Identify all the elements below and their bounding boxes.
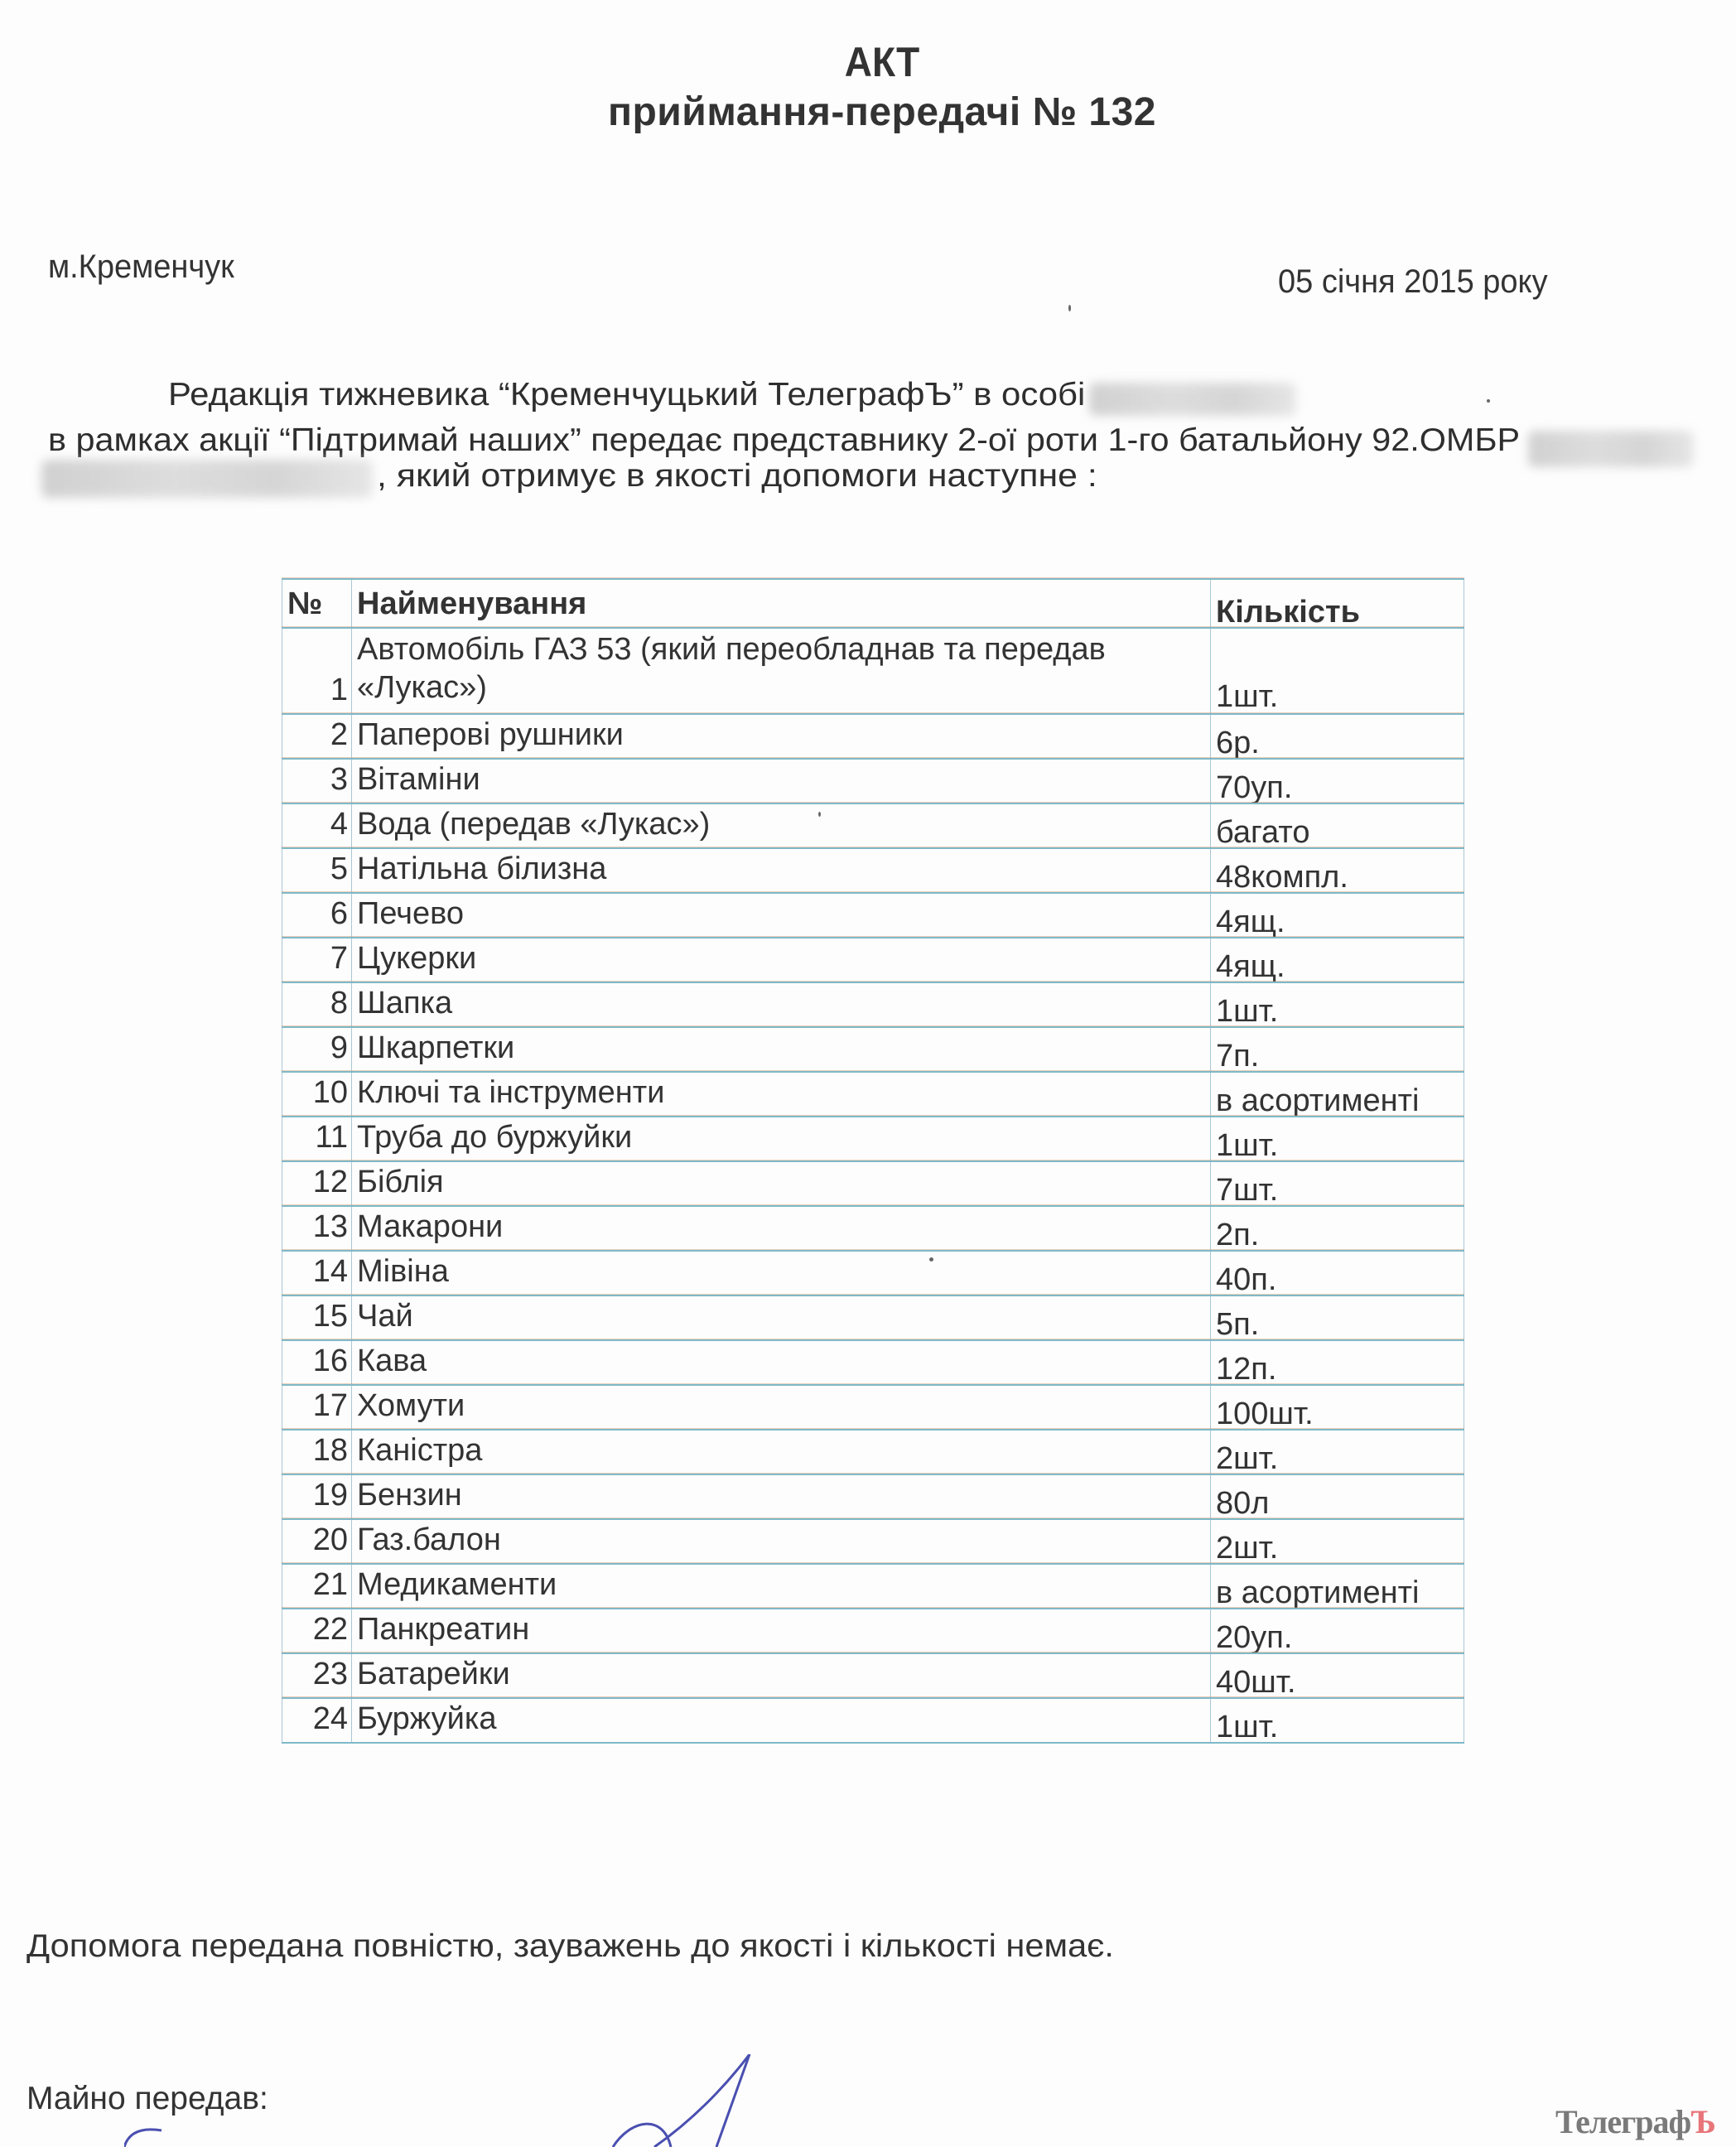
item-name: Бензин [352, 1475, 1211, 1518]
table-row: 22Панкреатин20уп. [282, 1608, 1464, 1652]
item-quantity: багато [1211, 804, 1464, 847]
scan-speck [929, 1257, 933, 1262]
row-number: 23 [282, 1654, 352, 1697]
item-quantity: 1шт. [1211, 629, 1464, 713]
table-row: 23Батарейки40шт. [282, 1652, 1464, 1697]
redacted-name-1 [1089, 383, 1296, 416]
closing-statement: Допомога передана повністю, зауважень до… [27, 1928, 1114, 1965]
header-name: Найменування [352, 580, 1211, 627]
item-quantity: 5п. [1211, 1296, 1464, 1339]
redacted-name-2 [1528, 431, 1694, 467]
logo-text: Телеграф [1555, 2103, 1690, 2140]
row-number: 6 [282, 894, 352, 937]
header-qty: Кількість [1211, 580, 1464, 627]
item-quantity: в асортименті [1211, 1073, 1464, 1116]
row-number: 5 [282, 849, 352, 892]
item-quantity: 1шт. [1211, 1117, 1464, 1160]
item-name: Макарони [352, 1207, 1211, 1250]
paragraph-line-1: Редакція тижневика “Кременчуцький Телегр… [168, 377, 1085, 413]
row-number: 13 [282, 1207, 352, 1250]
row-number: 17 [282, 1386, 352, 1429]
item-name: Ключі та інструменти [352, 1073, 1211, 1116]
row-number: 15 [282, 1296, 352, 1339]
item-quantity: 4ящ. [1211, 894, 1464, 937]
item-name: Чай [352, 1296, 1211, 1339]
table-row: 7Цукерки4ящ. [282, 937, 1464, 982]
item-name: Буржуйка [352, 1699, 1211, 1742]
logo-hard-sign: Ъ [1690, 2103, 1715, 2140]
item-name: Біблія [352, 1162, 1211, 1205]
row-number: 24 [282, 1699, 352, 1742]
item-name: Автомобіль ГАЗ 53 (який переобладнав та … [352, 629, 1211, 713]
paragraph-line-2: в рамках акції “Підтримай наших” передає… [48, 422, 1520, 459]
row-number: 21 [282, 1565, 352, 1608]
table-row: 8Шапка1шт. [282, 982, 1464, 1026]
item-name: Газ.балон [352, 1520, 1211, 1563]
table-body: 1Автомобіль ГАЗ 53 (який переобладнав та… [282, 627, 1464, 1744]
item-quantity: 12п. [1211, 1341, 1464, 1384]
item-quantity: 2шт. [1211, 1520, 1464, 1563]
item-name: Натільна білизна [352, 849, 1211, 892]
header-no: № [282, 580, 352, 627]
item-quantity: 4ящ. [1211, 938, 1464, 982]
item-name: Хомути [352, 1386, 1211, 1429]
table-row: 17Хомути100шт. [282, 1384, 1464, 1429]
table-row: 9Шкарпетки7п. [282, 1026, 1464, 1071]
row-number: 2 [282, 715, 352, 758]
row-number: 14 [282, 1252, 352, 1295]
item-quantity: 48компл. [1211, 849, 1464, 892]
table-row: 10Ключі та інструментив асортименті [282, 1071, 1464, 1116]
table-row: 4Вода (передав «Лукас»)багато [282, 803, 1464, 847]
redacted-name-3 [41, 460, 373, 498]
item-name: Труба до буржуйки [352, 1117, 1211, 1160]
row-number: 11 [282, 1117, 352, 1160]
telegraf-watermark-logo: ТелеграфЪ [1555, 2102, 1715, 2141]
item-quantity: 2п. [1211, 1207, 1464, 1250]
table-row: 14Мівіна40п. [282, 1250, 1464, 1295]
item-name: Вода (передав «Лукас») [352, 804, 1211, 847]
table-row: 6Печево4ящ. [282, 892, 1464, 937]
row-number: 16 [282, 1341, 352, 1384]
item-quantity: 2шт. [1211, 1431, 1464, 1474]
item-name: Шапка [352, 983, 1211, 1026]
item-name: Батарейки [352, 1654, 1211, 1697]
row-number: 1 [282, 629, 352, 713]
row-number: 9 [282, 1028, 352, 1071]
row-number: 4 [282, 804, 352, 847]
item-name: Печево [352, 894, 1211, 937]
item-quantity: в асортименті [1211, 1565, 1464, 1608]
item-quantity: 40п. [1211, 1252, 1464, 1295]
city: м.Кременчук [48, 248, 234, 286]
item-name: Цукерки [352, 938, 1211, 982]
table-row: 5Натільна білизна48компл. [282, 847, 1464, 892]
table-row: 24Буржуйка1шт. [282, 1697, 1464, 1744]
item-name: Панкреатин [352, 1609, 1211, 1652]
scan-speck [818, 812, 821, 817]
item-quantity: 70уп. [1211, 760, 1464, 803]
item-name: Вітаміни [352, 760, 1211, 803]
table-row: 16Кава12п. [282, 1339, 1464, 1384]
item-name: Кава [352, 1341, 1211, 1384]
item-quantity: 7п. [1211, 1028, 1464, 1071]
scan-speck [1068, 305, 1071, 311]
table-row: 1Автомобіль ГАЗ 53 (який переобладнав та… [282, 627, 1464, 713]
item-quantity: 7шт. [1211, 1162, 1464, 1205]
scan-speck [1487, 399, 1490, 403]
item-name: Паперові рушники [352, 715, 1211, 758]
item-quantity: 40шт. [1211, 1654, 1464, 1697]
item-name: Каністра [352, 1431, 1211, 1474]
item-quantity: 1шт. [1211, 1699, 1464, 1742]
item-quantity: 6р. [1211, 715, 1464, 758]
row-number: 18 [282, 1431, 352, 1474]
document-subtitle: приймання-передачі № 132 [0, 89, 1736, 135]
item-quantity: 1шт. [1211, 983, 1464, 1026]
row-number: 20 [282, 1520, 352, 1563]
table-row: 21Медикаментив асортименті [282, 1563, 1464, 1608]
signature [124, 2054, 870, 2147]
date: 05 січня 2015 року [1278, 263, 1548, 301]
table-row: 19Бензин80л [282, 1474, 1464, 1518]
table-row: 13Макарони2п. [282, 1205, 1464, 1250]
row-number: 12 [282, 1162, 352, 1205]
item-name: Шкарпетки [352, 1028, 1211, 1071]
paragraph-line-3: , який отримує в якості допомоги наступн… [377, 458, 1097, 495]
table-row: 18Каністра2шт. [282, 1429, 1464, 1474]
row-number: 8 [282, 983, 352, 1026]
document-title: АКТ [70, 38, 1694, 86]
table-row: 11Труба до буржуйки1шт. [282, 1116, 1464, 1160]
row-number: 22 [282, 1609, 352, 1652]
item-quantity: 20уп. [1211, 1609, 1464, 1652]
row-number: 3 [282, 760, 352, 803]
table-row: 20Газ.балон2шт. [282, 1518, 1464, 1563]
row-number: 19 [282, 1475, 352, 1518]
table-row: 15Чай5п. [282, 1295, 1464, 1339]
table-header: № Найменування Кількість [282, 578, 1464, 627]
table-row: 3Вітаміни70уп. [282, 758, 1464, 803]
item-name: Медикаменти [352, 1565, 1211, 1608]
row-number: 10 [282, 1073, 352, 1116]
table-row: 12Біблія7шт. [282, 1160, 1464, 1205]
item-name: Мівіна [352, 1252, 1211, 1295]
table-row: 2Паперові рушники6р. [282, 713, 1464, 758]
item-quantity: 80л [1211, 1475, 1464, 1518]
item-quantity: 100шт. [1211, 1386, 1464, 1429]
row-number: 7 [282, 938, 352, 982]
items-table: № Найменування Кількість 1Автомобіль ГАЗ… [282, 578, 1464, 1744]
